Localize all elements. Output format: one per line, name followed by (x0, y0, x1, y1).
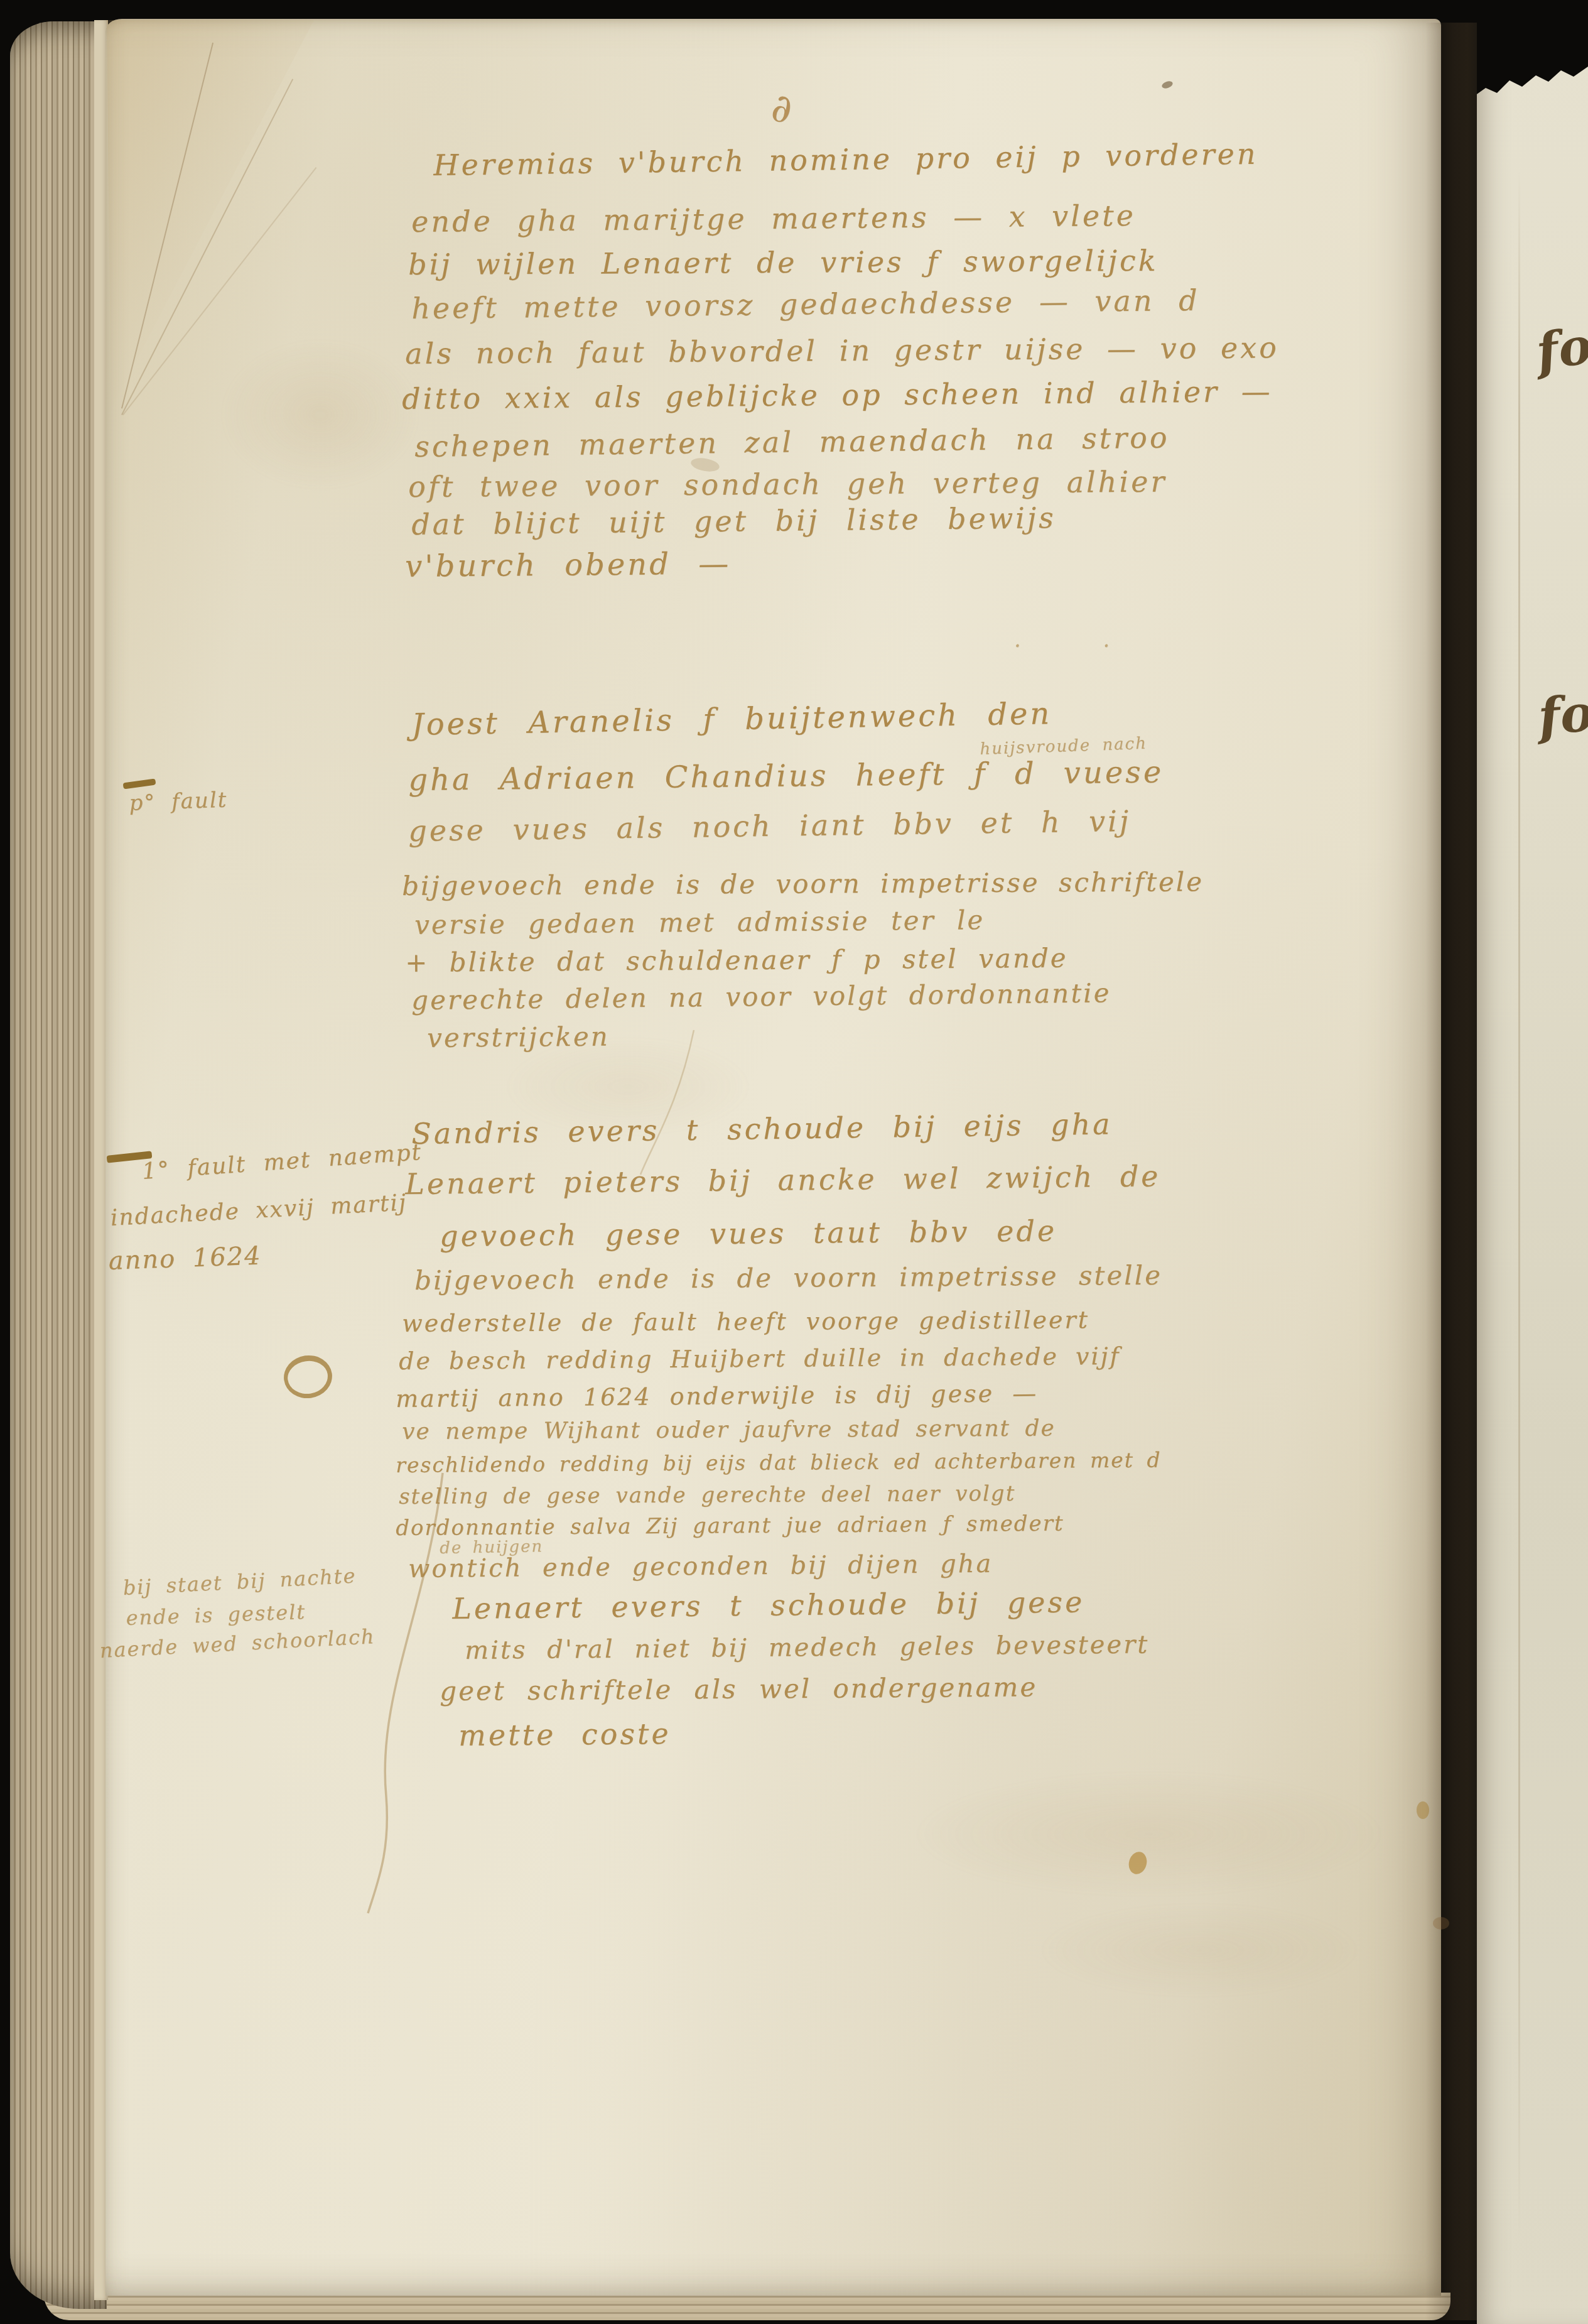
margin-note-line: ende is gestelt (126, 1602, 306, 1628)
handwriting-line: mette coste (458, 1719, 671, 1750)
handwriting-line: verstrijcken (427, 1023, 610, 1051)
handwriting-line: gha Adriaen Chandius heeft ƒ d vuese (408, 757, 1164, 795)
show-through-smudge (220, 339, 421, 490)
handwriting-line: dat blijct uijt get bij liste bewijs (411, 503, 1056, 539)
stray-pen-marks: · · (1014, 636, 1110, 657)
handwriting-line: wontich ende geconden bij dijen gha (408, 1551, 993, 1582)
handwriting-line: ende gha marijtge maertens — x vlete (411, 201, 1136, 236)
handwriting-line: gerechte delen na voor volgt dordonnanti… (411, 980, 1111, 1014)
gutter-shadow (1425, 23, 1477, 2320)
handwriting-line: reschlidendo redding bij eijs dat blieck… (396, 1449, 1162, 1475)
handwriting-line: wederstelle de fault heeft voorge gedist… (402, 1308, 1089, 1335)
folio-mark: fo (1533, 320, 1588, 377)
bottom-page-edges (44, 2293, 1450, 2320)
handwriting-line: dordonnantie salva Zij garant jue adriae… (396, 1513, 1064, 1539)
handwriting-line: ditto xxix als geblijcke op scheen ind a… (402, 377, 1273, 413)
handwriting-line: v'burch obend — (405, 548, 731, 582)
next-page-edge: fo fo (1477, 19, 1588, 2324)
handwriting-line: ve nempe Wijhant ouder jaufvre stad serv… (402, 1418, 1056, 1443)
handwriting-line: stelling de gese vande gerechte deel nae… (399, 1483, 1015, 1507)
handwriting-line: heeft mette voorsz gedaechdesse — van d (411, 286, 1200, 323)
handwriting-line: bijgevoech ende is de voorn impetrisse s… (414, 1262, 1162, 1294)
handwriting-line: de besch redding Huijbert duille in dach… (399, 1344, 1121, 1373)
margin-note-line: p° fault (129, 790, 228, 814)
handwriting-line: schepen maerten zal maendach na stroo (414, 423, 1170, 461)
handwriting-line: geet schriftele als wel ondergename (440, 1674, 1037, 1705)
quire-mark: ∂ (770, 88, 794, 129)
handwriting-line: oft twee voor sondach geh verteg alhier (408, 467, 1167, 501)
show-through-smudge (1036, 1903, 1363, 1997)
manuscript-photo: ∂ · · Heremias v'burch nomine pro eij p … (0, 0, 1588, 2324)
next-page-crease (1518, 170, 1520, 2242)
handwriting-line: gevoech gese vues taut bbv ede (440, 1216, 1057, 1251)
handwriting-line: bijgevoech ende is de voorn impetrisse s… (402, 869, 1204, 899)
handwriting-line: versie gedaen met admissie ter le (414, 907, 985, 938)
margin-note-line: anno 1624 (108, 1243, 262, 1273)
folio-mark: fo (1537, 687, 1588, 742)
handwriting-line: Lenaert evers t schoude bij gese (452, 1587, 1084, 1623)
handwriting-line: bij wijlen Lenaert de vries ƒ sworgelijc… (408, 246, 1159, 279)
handwriting-line: als noch faut bbvordel in gestr uijse — … (405, 333, 1279, 368)
handwriting-line: martij anno 1624 onderwijle is dij gese … (396, 1381, 1038, 1411)
handwriting-line: Lenaert pieters bij ancke wel zwijch de (405, 1161, 1161, 1198)
handwriting-line: mits d'ral niet bij medech geles beveste… (465, 1632, 1149, 1663)
left-page-edges (10, 21, 107, 2309)
show-through-smudge (910, 1771, 1388, 1897)
handwriting-line: + blikte dat schuldenaer ƒ p stel vande (405, 945, 1068, 976)
